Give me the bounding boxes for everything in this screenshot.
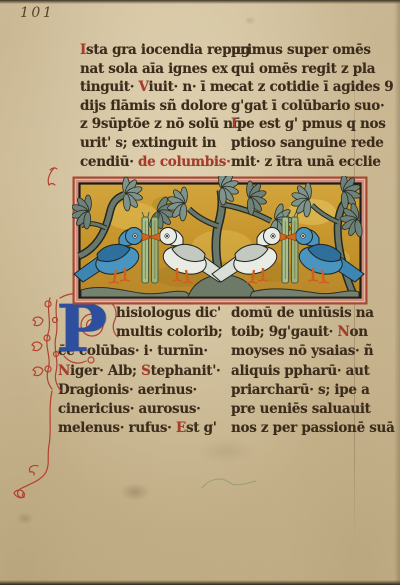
folio-number: 101	[20, 5, 54, 21]
text-line: ptioso sanguine rede	[231, 134, 385, 153]
text-column-right-top: primus super omēsqui omēs regit z placat…	[231, 41, 385, 171]
illuminated-initial-p: P	[56, 295, 127, 376]
text-line: tinguit· Viuit· n· ī me	[80, 78, 234, 97]
text-line: domū de uniūsis na	[231, 304, 385, 323]
body-text: pre ueniēs saluauit	[231, 401, 371, 417]
body-text: urit' s; extinguit in	[80, 135, 216, 151]
text-column-right-bottom: domū de uniūsis natoib; 9g'gauit· Nonmoy…	[231, 304, 385, 438]
text-line: z 9sūptōe z nō solū nō	[80, 115, 234, 134]
body-text: st g'	[186, 420, 217, 436]
body-text: multis colorib;	[116, 324, 222, 340]
body-text: priarcharū· s; ipe a	[231, 382, 370, 398]
body-text: tinguit·	[80, 79, 139, 95]
text-line: nat sola aīa ignes ex	[80, 60, 234, 79]
page-edge-bottom	[0, 580, 400, 585]
manuscript-page: 101 Ista gra iocendia repugnat sola aīa …	[0, 0, 400, 585]
text-line: Ista gra iocendia repug	[80, 41, 234, 60]
text-line: toib; 9g'gauit· Non	[231, 323, 385, 342]
text-line: pre ueniēs saluauit	[231, 400, 385, 419]
text-line: urit' s; extinguit in	[80, 134, 234, 153]
text-line: primus super omēs	[231, 41, 385, 60]
text-line: aliquis ppharū· aut	[231, 362, 385, 381]
parchment-stain	[196, 438, 256, 464]
rubricated-text: S	[141, 363, 150, 379]
body-text: domū de uniūsis na	[231, 305, 374, 321]
body-text: g'gat ī colūbario suo·	[231, 98, 384, 114]
text-line: nos z per passionē suā	[231, 419, 385, 438]
body-text: z 9sūptōe z nō solū nō	[80, 116, 242, 132]
text-line: mit· z ītra unā ecclie	[231, 153, 385, 172]
body-text: tephanit'·	[151, 363, 221, 379]
body-text: mit· z ītra unā ecclie	[231, 154, 381, 170]
rubricated-text: de columbis·	[138, 154, 230, 170]
body-text: on	[349, 324, 367, 340]
page-edge-top	[0, 0, 400, 4]
body-text: dijs flāmis sñ dolore	[80, 98, 227, 114]
parchment-stain	[120, 483, 150, 501]
parchment-stain	[244, 16, 256, 25]
body-text: sta gra iocendia repug	[86, 42, 250, 58]
text-line: qui omēs regit z pla	[231, 60, 385, 79]
body-text: ptioso sanguine rede	[231, 135, 384, 151]
text-line: cendiū· de columbis·	[80, 153, 234, 172]
rubricated-text: E	[176, 420, 186, 436]
body-text: cat z cotidie ī agides 9	[231, 79, 393, 95]
body-text: toib; 9g'gauit·	[231, 324, 337, 340]
dove-miniature-illustration	[72, 176, 368, 305]
body-text: hisiologus dic'	[116, 305, 221, 321]
body-text: cendiū·	[80, 154, 138, 170]
page-edge-right	[394, 0, 400, 585]
body-text: iuit· n· ī me	[148, 79, 232, 95]
body-text: moyses nō ysaias· ñ	[231, 343, 373, 359]
text-line: moyses nō ysaias· ñ	[231, 342, 385, 361]
text-line: priarcharū· s; ipe a	[231, 381, 385, 400]
text-column-left-top: Ista gra iocendia repugnat sola aīa igne…	[80, 41, 234, 171]
body-text: nat sola aīa ignes ex	[80, 61, 228, 77]
body-text: primus super omēs	[231, 42, 371, 58]
rubricated-text: V	[139, 79, 149, 95]
text-line: Ipe est g' pmus q nos	[231, 115, 385, 134]
rubricated-text: N	[337, 324, 349, 340]
body-text: pe est g' pmus q nos	[237, 116, 386, 132]
text-line: g'gat ī colūbario suo·	[231, 97, 385, 116]
text-line: cat z cotidie ī agides 9	[231, 78, 385, 97]
pen-mark-icon	[42, 166, 62, 190]
body-text: aliquis ppharū· aut	[231, 363, 370, 379]
text-line: dijs flāmis sñ dolore	[80, 97, 234, 116]
body-text: nos z per passionē suā	[231, 420, 395, 436]
body-text: qui omēs regit z pla	[231, 61, 375, 77]
pen-mark-icon	[198, 474, 262, 494]
